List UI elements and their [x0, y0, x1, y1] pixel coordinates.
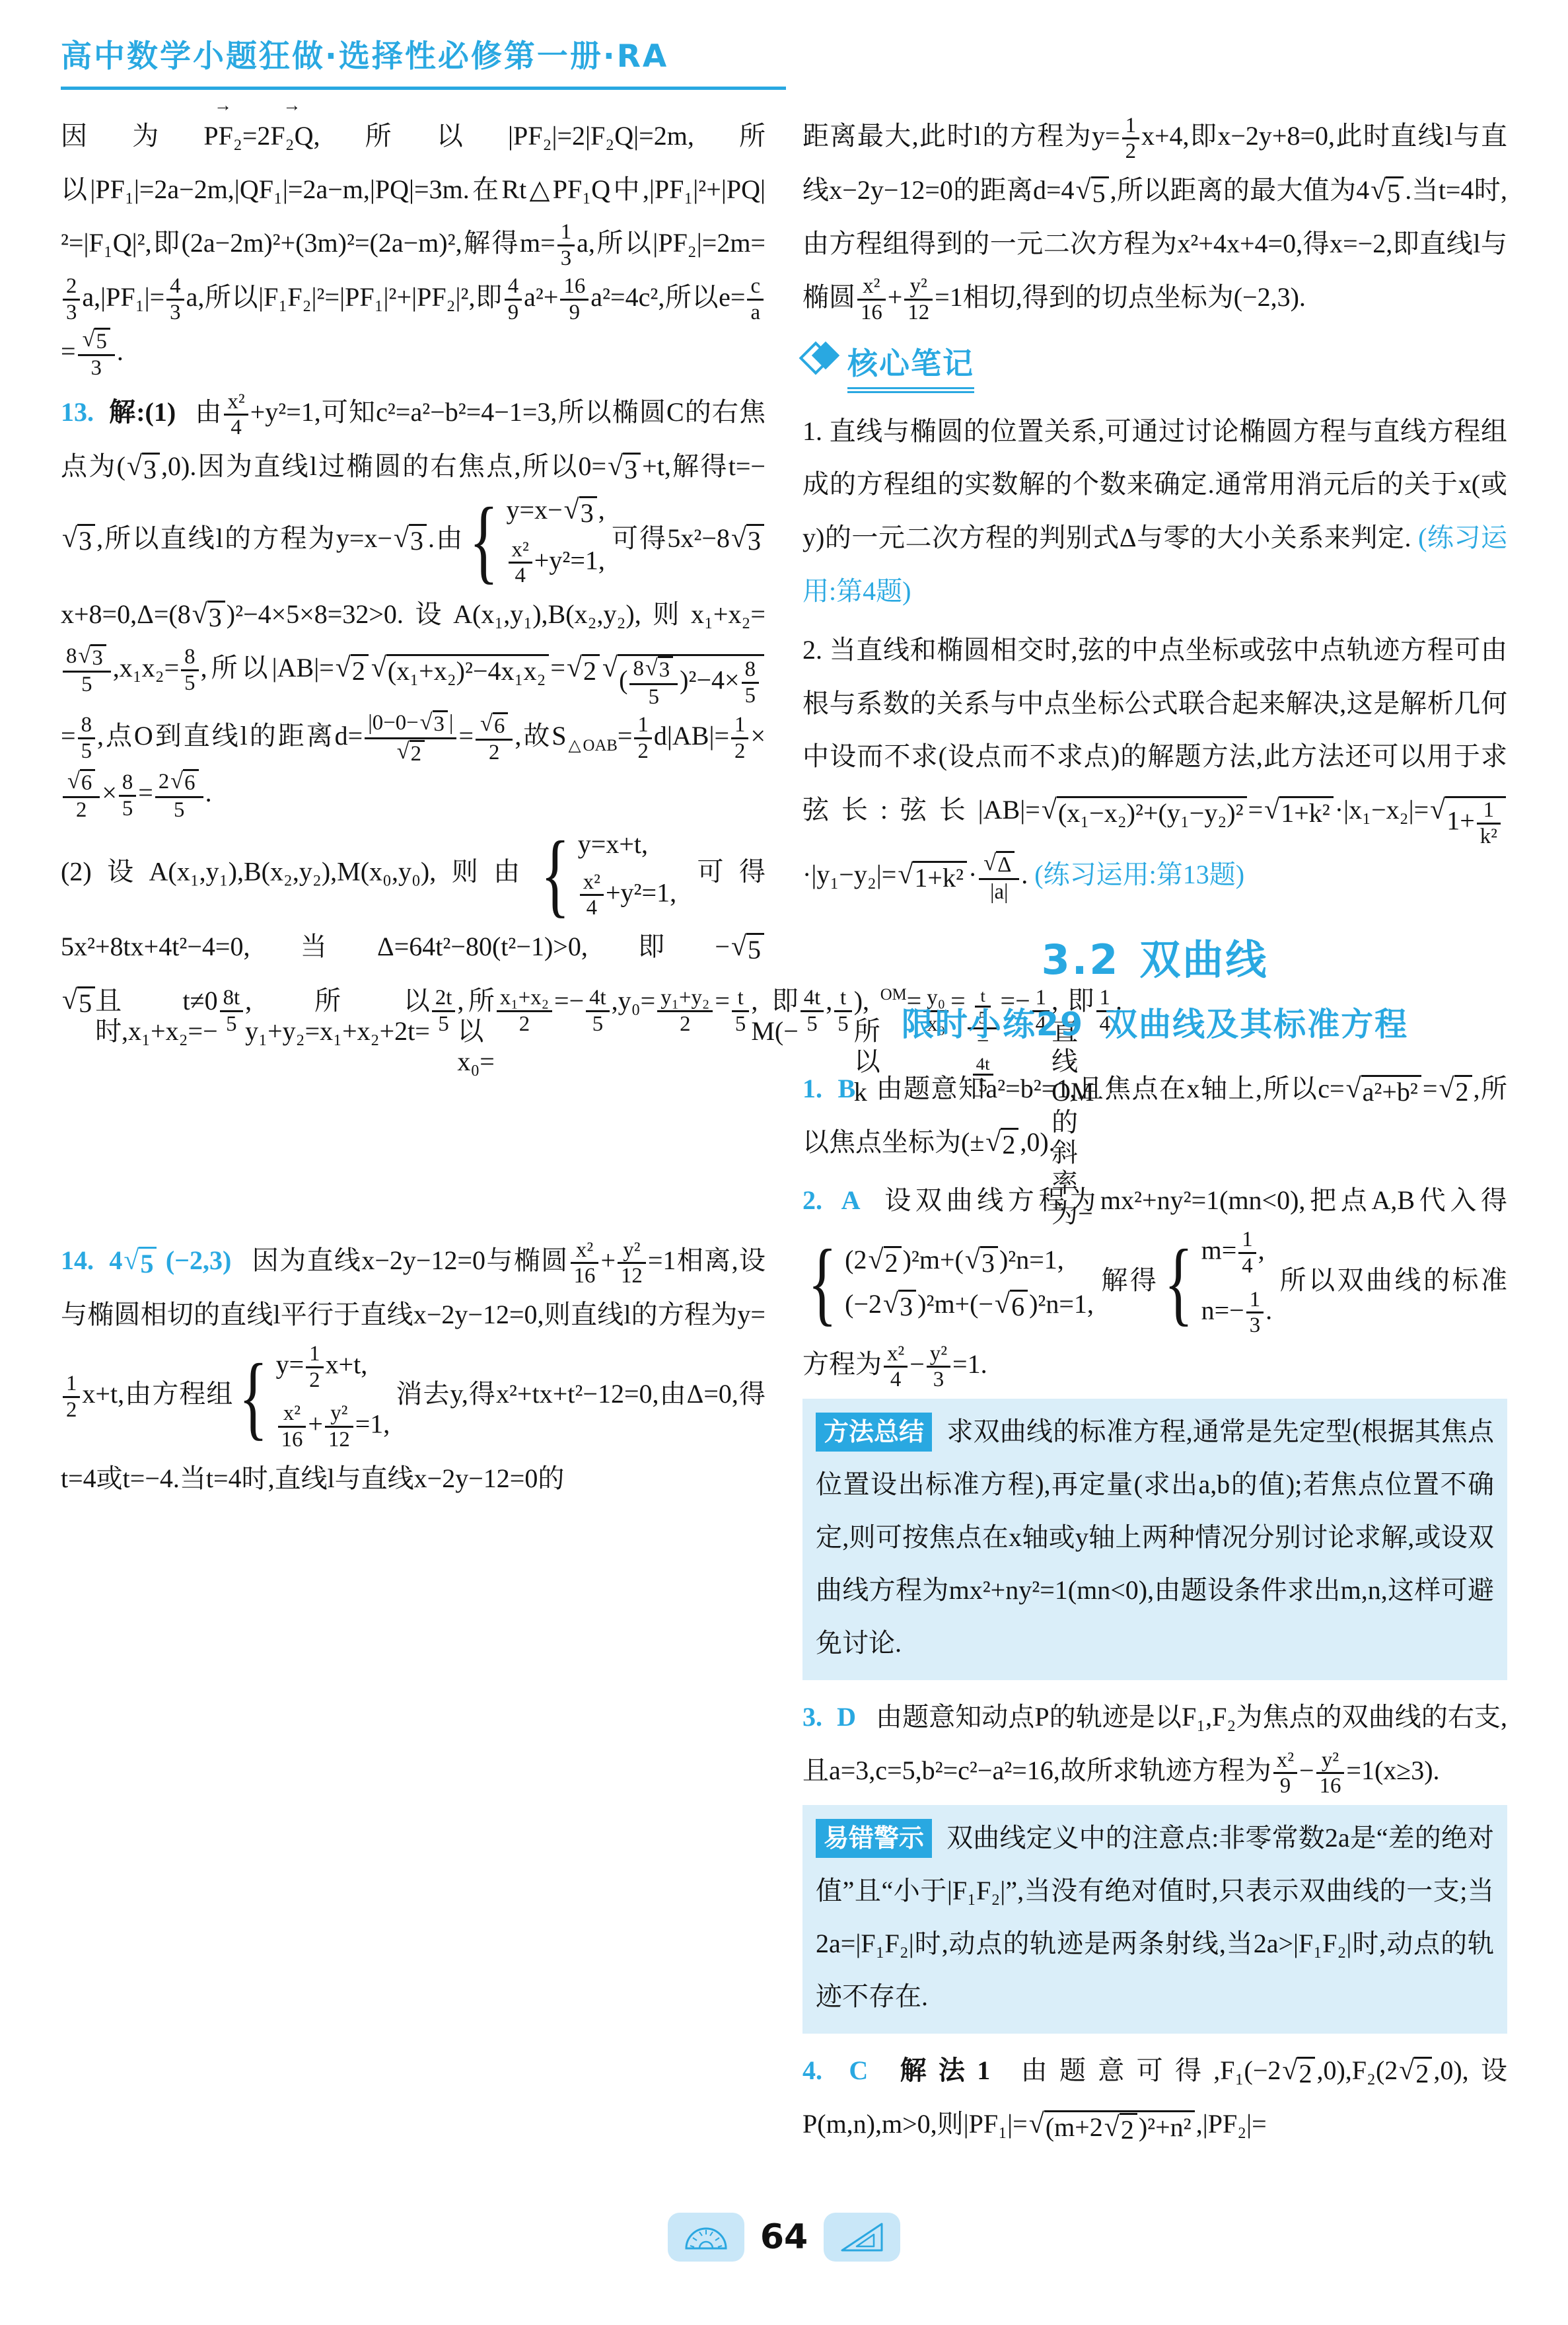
- problem-2-answer: A: [841, 1185, 861, 1215]
- problem-13-part1-body: 由x²4+y²=1,可知c²=a²−b²=4−1=3,所以椭圆C的右焦点为(√3…: [61, 397, 766, 807]
- problem-3-body: 由题意知动点P的轨迹是以F₁,F₂为焦点的双曲线的右支,且a=3,c=5,b²=…: [802, 1702, 1507, 1785]
- problem-13-solve-label: 解:(1): [109, 397, 176, 427]
- core-note-2: 2. 当直线和椭圆相交时,弦的中点坐标或弦中点轨迹方程可由根与系数的关系与中点坐…: [802, 624, 1507, 904]
- drill-heading: 限时小练29双曲线及其标准方程: [802, 999, 1507, 1045]
- page-header: 高中数学小题狂做·选择性必修第一册·RA: [0, 0, 1568, 90]
- set-square-icon: [824, 2213, 900, 2262]
- solution-continued-paragraph: 因为PF₂=2F₂Q,所以|PF₂|=2|F₂Q|=2m,所以|PF₁|=2a−…: [61, 110, 766, 381]
- problem-2-body: 设双曲线方程为mx²+ny²=1(mn<0),把点A,B代入得{(2√2)²m+…: [802, 1185, 1507, 1379]
- problem-1-body: 由题意知a²=b²=1,且焦点在x轴上,所以c=√a²+b²=√2,所以焦点坐标…: [802, 1074, 1507, 1157]
- problem-14: 14. 4√5 (−2,3) 因为直线x−2y−12=0与椭圆x²16+y²12…: [61, 1234, 766, 1506]
- right-column: 距离最大,此时l的方程为y=12x+4,即x−2y+8=0,此时直线l与直线x−…: [802, 110, 1507, 2157]
- section-title: 双曲线: [1139, 936, 1268, 984]
- problem-1-answer: B: [837, 1074, 855, 1103]
- core-note-1: 1. 直线与椭圆的位置关系,可通过讨论椭圆方程与直线方程组成的方程组的实数解的个…: [802, 405, 1507, 618]
- method-summary-text: 求双曲线的标准方程,通常是先定型(根据其焦点位置设出标准方程),再定量(求出a,…: [816, 1417, 1494, 1658]
- core-notes-header: 核心笔记: [802, 340, 1507, 393]
- problem-14-answer: 4√5 (−2,3): [109, 1245, 231, 1275]
- core-note-1-text: 1. 直线与椭圆的位置关系,可通过讨论椭圆方程与直线方程组成的方程组的实数解的个…: [802, 416, 1507, 553]
- error-warning-box: 易错警示双曲线定义中的注意点:非零常数2a是“差的绝对值”且“小于|F₁F₂|”…: [802, 1805, 1507, 2034]
- problem-4-number: 4.: [802, 2055, 822, 2085]
- problem-13: 13. 解:(1) 由x²4+y²=1,可知c²=a²−b²=4−1=3,所以椭…: [61, 386, 766, 823]
- drill-title: 双曲线及其标准方程: [1105, 1006, 1408, 1043]
- problem-2: 2. A 设双曲线方程为mx²+ny²=1(mn<0),把点A,B代入得{(2√…: [802, 1174, 1507, 1392]
- problem-13-part2: (2)设A(x₁,y₁),B(x₂,y₂),M(x₀,y₀),则由{y=x+t,…: [61, 828, 766, 1229]
- drill-number: 限时小练29: [902, 1006, 1084, 1043]
- problem-14-number: 14.: [61, 1245, 94, 1275]
- header-title: 高中数学小题狂做·选择性必修第一册·RA: [61, 32, 786, 90]
- core-note-2-ref: (练习运用:第13题): [1034, 860, 1244, 889]
- problem-1: 1. B 由题意知a²=b²=1,且焦点在x轴上,所以c=√a²+b²=√2,所…: [802, 1062, 1507, 1169]
- problem-1-number: 1.: [802, 1074, 822, 1103]
- problem-13-number: 13.: [61, 397, 94, 427]
- protractor-icon: [668, 2213, 744, 2262]
- problem-3-number: 3.: [802, 1702, 822, 1732]
- content-columns: 因为PF₂=2F₂Q,所以|PF₂|=2|F₂Q|=2m,所以|PF₁|=2a−…: [0, 90, 1568, 2157]
- core-notes-title: 核心笔记: [847, 340, 974, 393]
- page-number: 64: [760, 2217, 808, 2257]
- method-summary-label: 方法总结: [816, 1413, 932, 1452]
- problem-3-answer: D: [837, 1702, 856, 1732]
- problem-2-number: 2.: [802, 1185, 822, 1215]
- problem-4: 4. C 解法1 由题意可得,F₁(−2√2,0),F₂(2√2,0),设P(m…: [802, 2044, 1507, 2151]
- page-footer: 64: [0, 2213, 1568, 2262]
- problem-4-method-label: 解法1: [900, 2055, 991, 2085]
- error-warning-label: 易错警示: [816, 1819, 932, 1858]
- section-heading: 3.2双曲线: [802, 927, 1507, 986]
- section-number: 3.2: [1042, 936, 1120, 984]
- core-note-2-text: 2. 当直线和椭圆相交时,弦的中点坐标或弦中点轨迹方程可由根与系数的关系与中点坐…: [802, 635, 1507, 890]
- problem-14-continued-paragraph: 距离最大,此时l的方程为y=12x+4,即x−2y+8=0,此时直线l与直线x−…: [802, 110, 1507, 325]
- diamond-icon: [802, 340, 839, 374]
- method-summary-box: 方法总结求双曲线的标准方程,通常是先定型(根据其焦点位置设出标准方程),再定量(…: [802, 1399, 1507, 1680]
- problem-4-answer: C: [849, 2055, 868, 2085]
- problem-14-body: 因为直线x−2y−12=0与椭圆x²16+y²12=1相离,设与椭圆相切的直线l…: [61, 1245, 766, 1493]
- left-column: 因为PF₂=2F₂Q,所以|PF₂|=2|F₂Q|=2m,所以|PF₁|=2a−…: [61, 110, 766, 2157]
- textbook-page: 高中数学小题狂做·选择性必修第一册·RA 因为PF₂=2F₂Q,所以|PF₂|=…: [0, 0, 1568, 2325]
- problem-3: 3. D 由题意知动点P的轨迹是以F₁,F₂为焦点的双曲线的右支,且a=3,c=…: [802, 1691, 1507, 1798]
